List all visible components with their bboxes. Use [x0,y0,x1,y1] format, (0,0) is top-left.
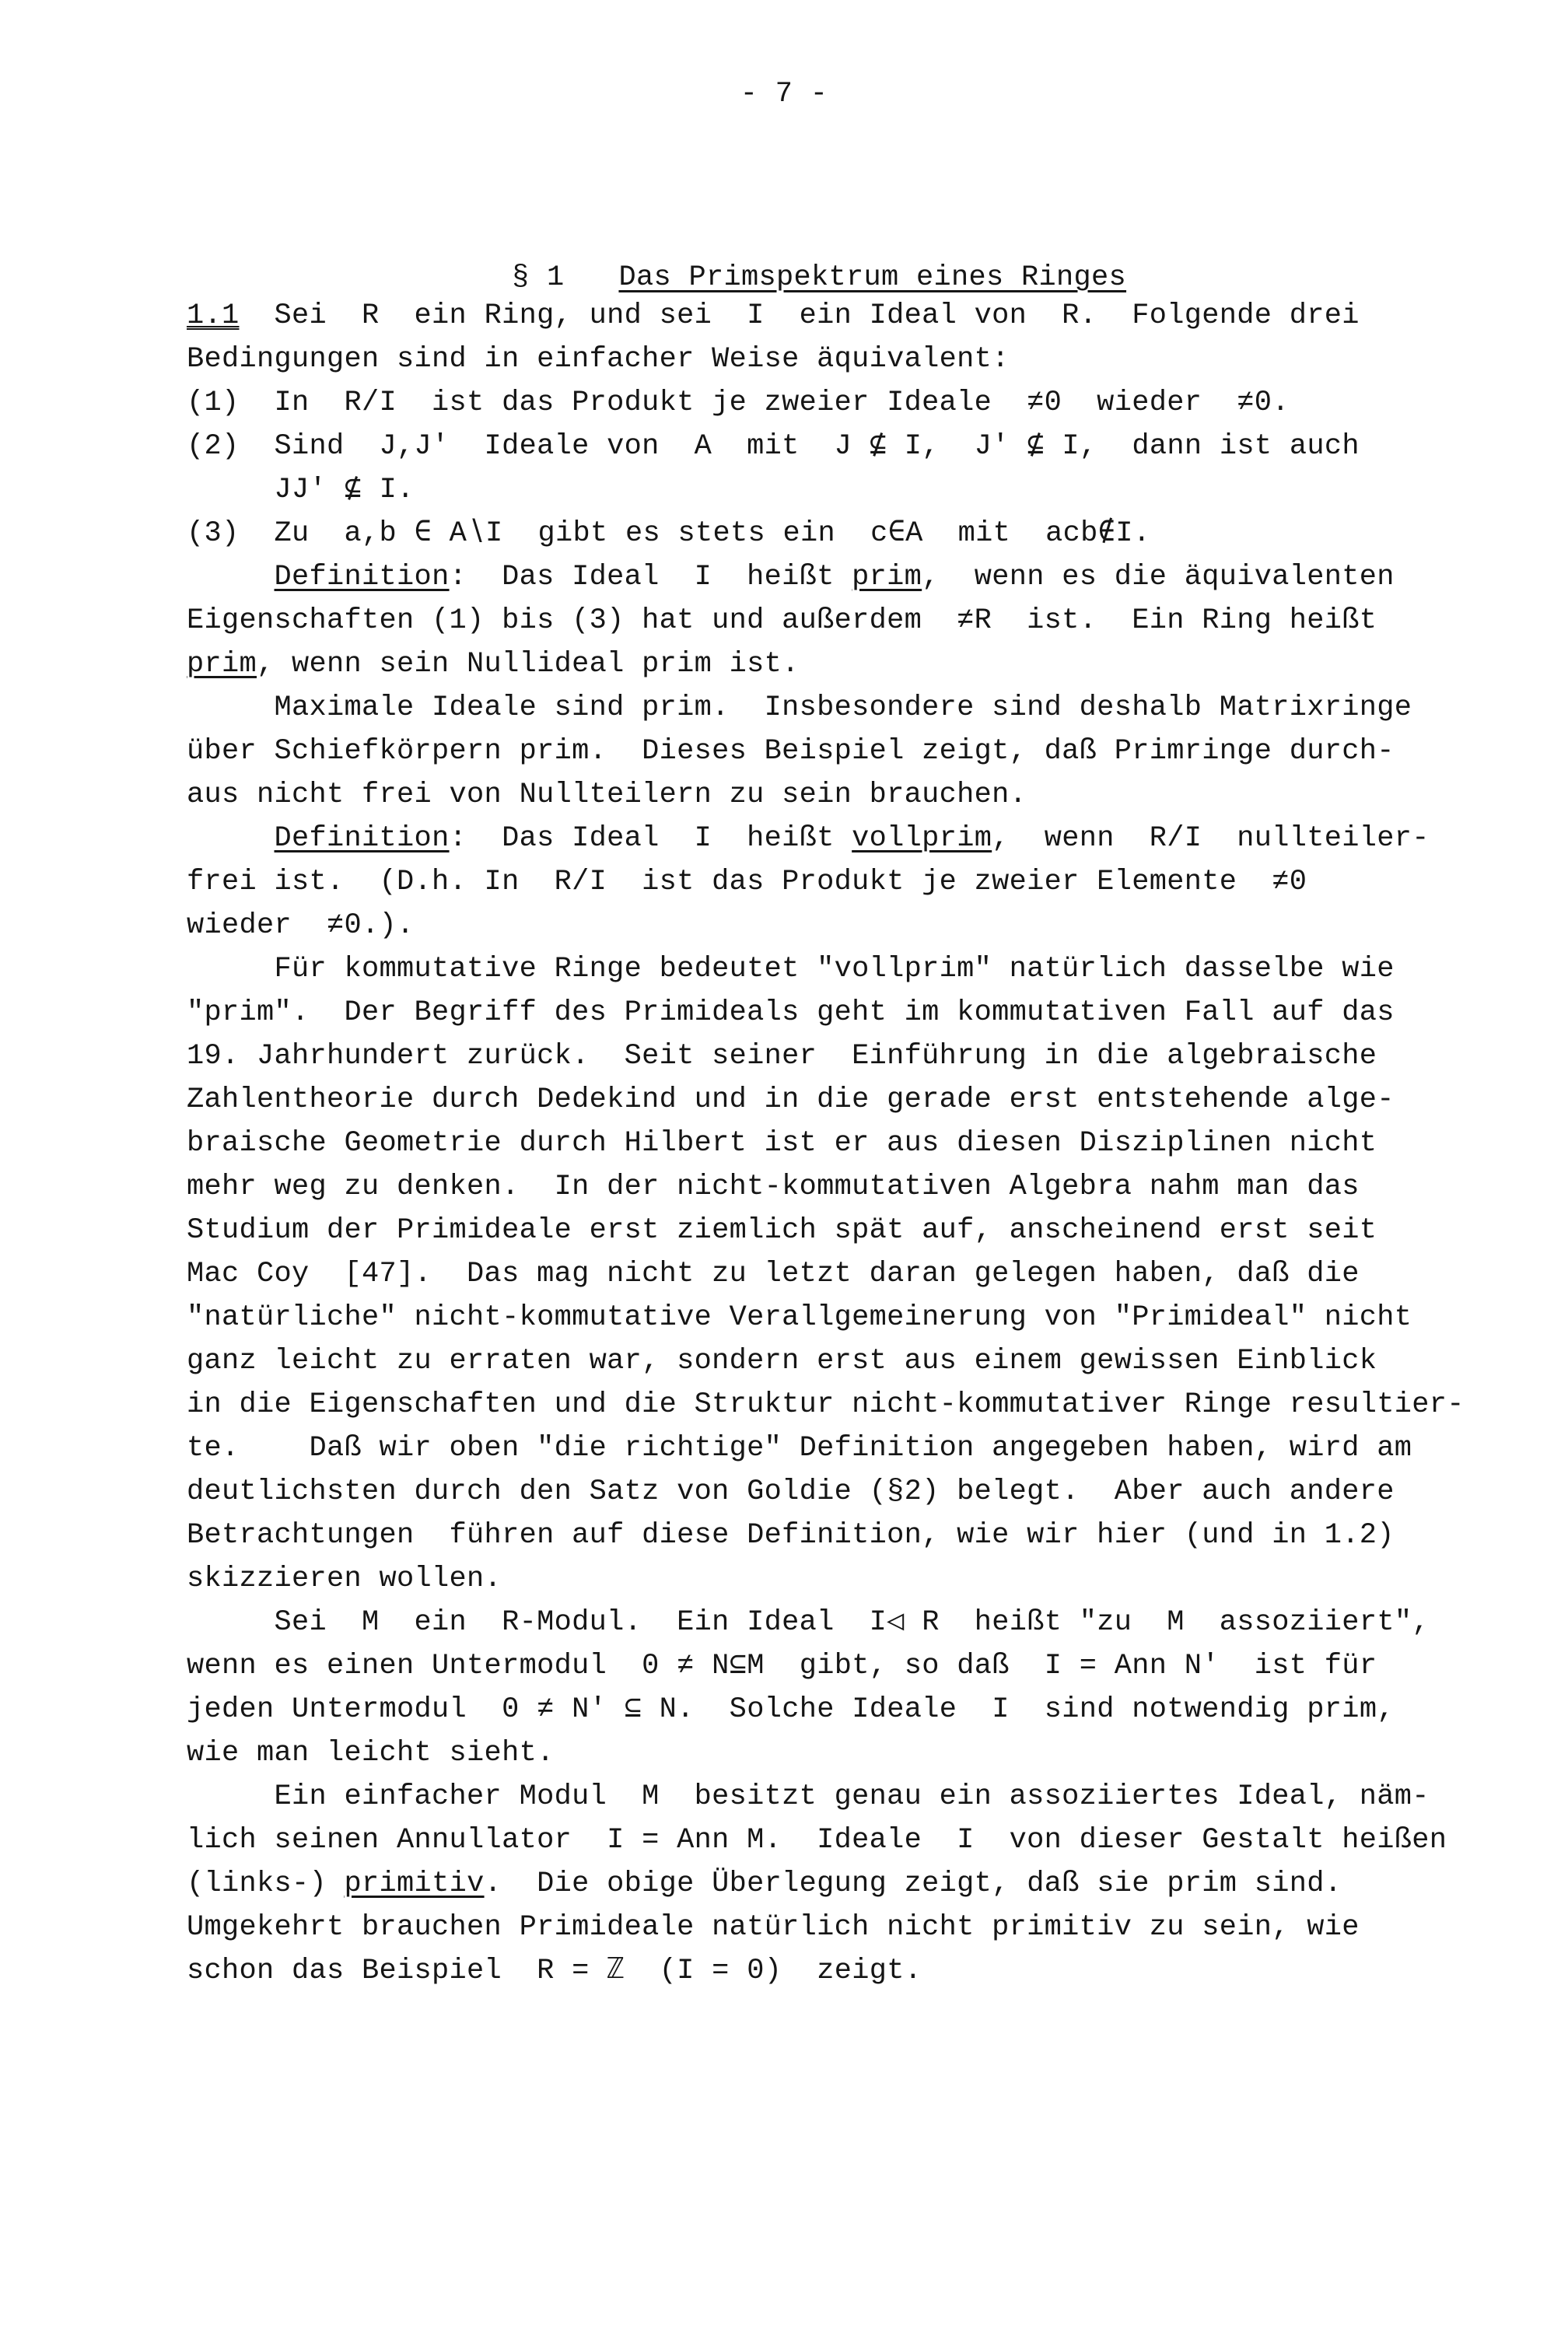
text-line: frei ist. (D.h. In R/I ist das Produkt j… [187,860,1524,904]
text-line: prim, wenn sein Nullideal prim ist. [187,642,1524,686]
section-title: Das Primspektrum eines Ringes [618,261,1126,294]
document-page: - 7 - § 1Das Primspektrum eines Ringes 1… [0,0,1568,2335]
text-segment: JJ' ⊈ I. [187,474,415,506]
text-segment: Sei R ein Ring, und sei I ein Ideal von … [240,299,1360,332]
text-segment: (links-) [187,1868,345,1900]
text-line: wie man leicht sieht. [187,1731,1524,1775]
text-line: Maximale Ideale sind prim. Insbesondere … [187,686,1524,730]
text-line: JJ' ⊈ I. [187,468,1524,512]
text-line: aus nicht frei von Nullteilern zu sein b… [187,773,1524,817]
underlined-text: primitiv [345,1868,485,1900]
document-body: 1.1 Sei R ein Ring, und sei I ein Ideal … [187,294,1524,1993]
text-segment [187,561,275,593]
text-segment: : Das Ideal I heißt [450,822,852,855]
text-line: Bedingungen sind in einfacher Weise äqui… [187,338,1524,381]
text-segment: , wenn es die äquivalenten [922,561,1395,593]
text-line: wieder ≠0.). [187,904,1524,947]
underlined-text: prim [187,648,257,681]
underlined-text: Definition [275,822,450,855]
text-segment: wenn es einen Untermodul 0 ≠ N⊆M gibt, s… [187,1650,1377,1682]
text-line: Zahlentheorie durch Dedekind und in die … [187,1078,1524,1122]
text-line: (2) Sind J,J' Ideale von A mit J ⊈ I, J'… [187,425,1524,468]
text-segment: Ein einfacher Modul M besitzt genau ein … [187,1780,1430,1813]
text-segment: te. Daß wir oben "die richtige" Definiti… [187,1432,1412,1465]
underlined-text: prim [852,561,922,593]
text-line: 1.1 Sei R ein Ring, und sei I ein Ideal … [187,294,1524,338]
text-segment: "natürliche" nicht-kommutative Verallgem… [187,1301,1412,1334]
text-segment: : Das Ideal I heißt [450,561,852,593]
text-segment: Eigenschaften (1) bis (3) hat und außerd… [187,604,1377,637]
text-line: Definition: Das Ideal I heißt vollprim, … [187,817,1524,860]
text-segment: frei ist. (D.h. In R/I ist das Produkt j… [187,866,1307,898]
text-segment: . Die obige Überlegung zeigt, daß sie pr… [485,1868,1342,1900]
text-line: Mac Coy [47]. Das mag nicht zu letzt dar… [187,1252,1524,1296]
text-line: Eigenschaften (1) bis (3) hat und außerd… [187,599,1524,642]
text-line: (1) In R/I ist das Produkt je zweier Ide… [187,381,1524,425]
text-segment: Für kommutative Ringe bedeutet "vollprim… [187,953,1395,985]
text-segment: deutlichsten durch den Satz von Goldie (… [187,1476,1395,1508]
text-line: (3) Zu a,b ∈ A∖I gibt es stets ein c∈A m… [187,512,1524,555]
text-line: ganz leicht zu erraten war, sondern erst… [187,1339,1524,1383]
text-line: Sei M ein R-Modul. Ein Ideal I◁ R heißt … [187,1601,1524,1644]
section-number: § 1 [512,261,565,294]
text-segment: Umgekehrt brauchen Primideale natürlich … [187,1911,1360,1944]
text-segment: , wenn sein Nullideal prim ist. [257,648,800,681]
text-segment: ganz leicht zu erraten war, sondern erst… [187,1345,1377,1378]
text-segment [187,822,275,855]
text-segment: wieder ≠0.). [187,909,415,942]
text-line: schon das Beispiel R = ℤ (I = 0) zeigt. [187,1949,1524,1993]
text-line: jeden Untermodul 0 ≠ N' ⊆ N. Solche Idea… [187,1688,1524,1731]
text-segment: lich seinen Annullator I = Ann M. Ideale… [187,1824,1447,1857]
text-line: deutlichsten durch den Satz von Goldie (… [187,1470,1524,1514]
text-line: über Schiefkörpern prim. Dieses Beispiel… [187,730,1524,773]
text-line: te. Daß wir oben "die richtige" Definiti… [187,1427,1524,1470]
text-segment: mehr weg zu denken. In der nicht-kommuta… [187,1171,1360,1203]
text-line: braische Geometrie durch Hilbert ist er … [187,1122,1524,1165]
text-segment: skizzieren wollen. [187,1563,502,1595]
text-segment: Zahlentheorie durch Dedekind und in die … [187,1083,1395,1116]
text-line: skizzieren wollen. [187,1557,1524,1601]
text-segment: braische Geometrie durch Hilbert ist er … [187,1127,1377,1160]
text-segment: schon das Beispiel R = ℤ (I = 0) zeigt. [187,1955,922,1987]
text-line: "prim". Der Begriff des Primideals geht … [187,991,1524,1034]
text-line: Definition: Das Ideal I heißt prim, wenn… [187,555,1524,599]
text-line: 19. Jahrhundert zurück. Seit seiner Einf… [187,1034,1524,1078]
text-segment: Sei M ein R-Modul. Ein Ideal I◁ R heißt … [187,1606,1430,1639]
text-line: Ein einfacher Modul M besitzt genau ein … [187,1775,1524,1819]
text-line: Umgekehrt brauchen Primideale natürlich … [187,1906,1524,1949]
text-line: "natürliche" nicht-kommutative Verallgem… [187,1296,1524,1339]
text-segment: 19. Jahrhundert zurück. Seit seiner Einf… [187,1040,1377,1073]
text-line: wenn es einen Untermodul 0 ≠ N⊆M gibt, s… [187,1644,1524,1688]
underlined-text: 1.1 [187,299,240,332]
page-number: - 7 - [0,78,1568,110]
text-segment: Betrachtungen führen auf diese Definitio… [187,1519,1395,1552]
text-line: mehr weg zu denken. In der nicht-kommuta… [187,1165,1524,1209]
underlined-text: Definition [275,561,450,593]
text-line: Studium der Primideale erst ziemlich spä… [187,1209,1524,1252]
text-line: lich seinen Annullator I = Ann M. Ideale… [187,1819,1524,1862]
underlined-text: vollprim [852,822,992,855]
text-segment: in die Eigenschaften und die Struktur ni… [187,1388,1465,1421]
text-line: Für kommutative Ringe bedeutet "vollprim… [187,947,1524,991]
text-segment: (3) Zu a,b ∈ A∖I gibt es stets ein c∈A m… [187,517,1150,550]
text-segment: aus nicht frei von Nullteilern zu sein b… [187,779,1027,811]
text-segment: , wenn R/I nullteiler- [992,822,1430,855]
text-segment: "prim". Der Begriff des Primideals geht … [187,996,1395,1029]
text-segment: über Schiefkörpern prim. Dieses Beispiel… [187,735,1395,768]
text-segment: Studium der Primideale erst ziemlich spä… [187,1214,1377,1247]
text-segment: jeden Untermodul 0 ≠ N' ⊆ N. Solche Idea… [187,1693,1395,1726]
text-segment: (2) Sind J,J' Ideale von A mit J ⊈ I, J'… [187,430,1360,463]
text-segment: wie man leicht sieht. [187,1737,555,1770]
text-line: (links-) primitiv. Die obige Überlegung … [187,1862,1524,1906]
text-segment: Bedingungen sind in einfacher Weise äqui… [187,343,1010,376]
text-line: Betrachtungen führen auf diese Definitio… [187,1514,1524,1557]
text-segment: (1) In R/I ist das Produkt je zweier Ide… [187,387,1290,419]
text-segment: Maximale Ideale sind prim. Insbesondere … [187,691,1412,724]
text-line: in die Eigenschaften und die Struktur ni… [187,1383,1524,1427]
text-segment: Mac Coy [47]. Das mag nicht zu letzt dar… [187,1258,1360,1290]
